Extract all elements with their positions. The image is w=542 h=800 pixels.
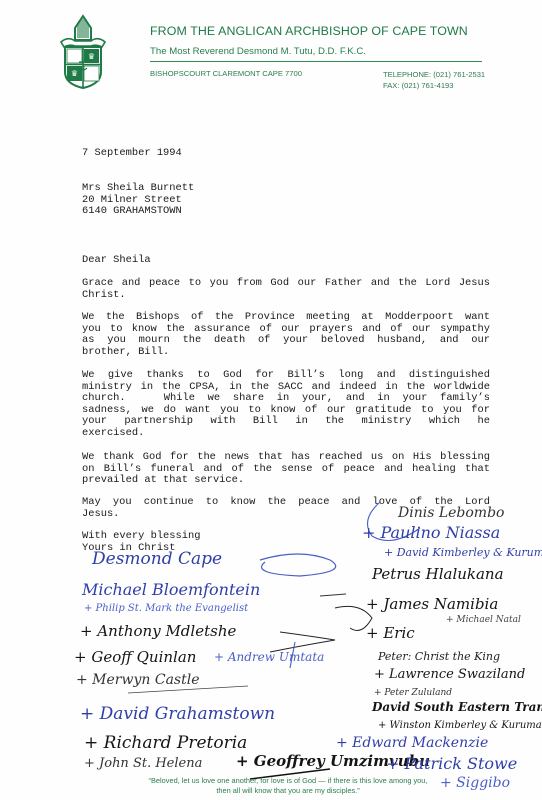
svg-text:♛: ♛ (71, 69, 78, 78)
recipient-address: Mrs Sheila Burnett 20 Milner Street 6140… (82, 183, 194, 218)
motto-line: “Beloved, let us love one another, for l… (138, 776, 438, 786)
salutation: Dear Sheila (82, 255, 151, 267)
paragraph-line: Christ. (82, 290, 490, 302)
paragraph-2: We the Bishops of the Province meeting a… (82, 312, 490, 358)
recipient-name: Mrs Sheila Burnett (82, 183, 194, 195)
signature-siggibo: + Siggibo (440, 775, 510, 791)
letterhead-divider (150, 61, 482, 62)
signature-edward-mackenzie: + Edward Mackenzie (336, 735, 488, 751)
footer-motto: “Beloved, let us love one another, for l… (138, 776, 438, 796)
letterhead-fax: FAX: (021) 761-4193 (383, 80, 485, 91)
paragraph-3: We give thanks to God for Bill’s long an… (82, 370, 490, 440)
paragraph-line: exercised. (82, 428, 490, 440)
signature-lawrence-swaziland: + Lawrence Swaziland (374, 667, 525, 682)
signature-david-south-eastern-transvaal: David South Eastern Transvaal (372, 700, 542, 714)
signature-michael-natal: + Michael Natal (446, 615, 521, 625)
signature-philip-st-mark: + Philip St. Mark the Evangelist (84, 603, 248, 614)
signature-dinis-lebombo: Dinis Lebombo (398, 505, 504, 521)
paragraph-4: We thank God for the news that has reach… (82, 452, 490, 487)
motto-line: then all will know that you are my disci… (138, 786, 438, 796)
letterhead-contact: TELEPHONE: (021) 761-2531 FAX: (021) 761… (383, 69, 485, 91)
letterhead-address: BISHOPSCOURT CLAREMONT CAPE 7700 (150, 69, 302, 78)
paragraph-line: Grace and peace to you from God our Fath… (82, 278, 490, 290)
signature-petrus-hlalukana: Petrus Hlalukana (372, 565, 504, 583)
paragraph-line: We thank God for the news that has reach… (82, 452, 490, 464)
signature-desmond-cape: Desmond Cape (92, 549, 222, 569)
svg-text:♛: ♛ (88, 52, 95, 61)
letter-date: 7 September 1994 (82, 148, 182, 160)
paragraph-line: brother, Bill. (82, 347, 490, 359)
paragraph-line: We the Bishops of the Province meeting a… (82, 312, 490, 324)
paragraph-line: We give thanks to God for Bill’s long an… (82, 370, 490, 382)
diocesan-crest-icon: ♛ ♛ (58, 14, 108, 90)
closing-line: With every blessing (82, 531, 200, 543)
signature-james-namibia: + James Namibia (366, 595, 498, 613)
signature-john-st-helena: + John St. Helena (84, 756, 202, 771)
signature-peter-zululand: + Peter Zululand (374, 688, 452, 698)
signature-eric: + Eric (366, 624, 415, 642)
signature-patrick-stowe: + Patrick Stowe (386, 754, 517, 773)
signature-david-grahamstown: + David Grahamstown (80, 704, 275, 724)
paragraph-1: Grace and peace to you from God our Fath… (82, 278, 490, 301)
recipient-city: 6140 GRAHAMSTOWN (82, 206, 194, 218)
signature-peter-christ-the-king: Peter: Christ the King (378, 650, 500, 663)
signature-richard-pretoria: + Richard Pretoria (84, 733, 247, 753)
letterhead-subtitle: The Most Reverend Desmond M. Tutu, D.D. … (150, 46, 366, 57)
letter-page: ♛ ♛ FROM THE ANGLICAN ARCHBISHOP OF CAPE… (0, 0, 542, 800)
signature-geoff-quinlan: + Geoff Quinlan (74, 648, 196, 666)
signature-anthony-mdletshe: + Anthony Mdletshe (80, 622, 236, 640)
signature-michael-bloemfontein: Michael Bloemfontein (82, 580, 260, 599)
paragraph-line: prevailed at that service. (82, 475, 490, 487)
signature-merwyn-castle: + Merwyn Castle (76, 672, 199, 688)
signature-paulino-niassa: + Paulino Niassa (362, 523, 500, 542)
signature-andrew-umtata: + Andrew Umtata (214, 650, 324, 664)
signature-david-kimberley: + David Kimberley & Kuruman (384, 546, 542, 559)
letterhead-telephone: TELEPHONE: (021) 761-2531 (383, 69, 485, 80)
letterhead-title: FROM THE ANGLICAN ARCHBISHOP OF CAPE TOW… (150, 24, 468, 38)
signature-winston-kimberley: + Winston Kimberley & Kuruman (378, 720, 542, 731)
